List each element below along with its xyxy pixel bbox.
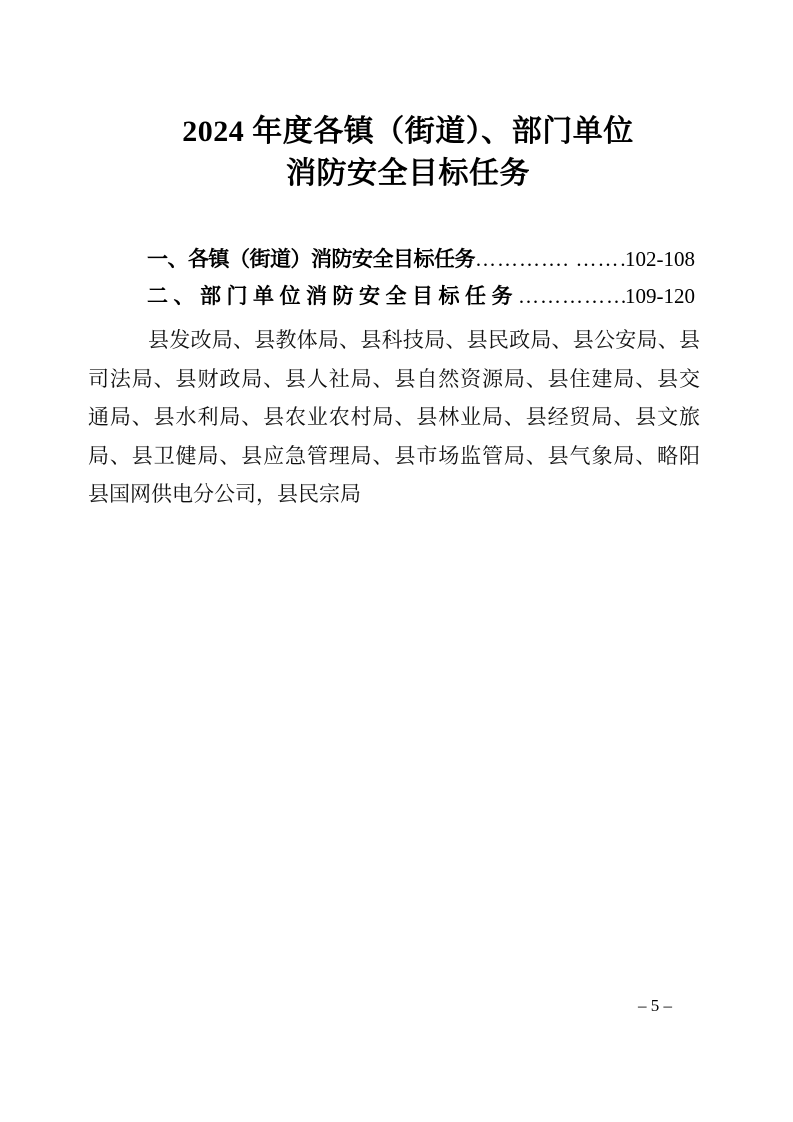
- toc-page-range: 102-108: [625, 246, 695, 272]
- paragraph-line-4: 局、县卫健局、县应急管理局、县市场监管局、县气象局、略阳: [88, 437, 700, 476]
- toc-dot-leader: ………………………: [518, 283, 625, 309]
- toc-item-towns-streets: 一、各镇（街道）消防安全目标任务 …………. ……… 102-108: [147, 246, 695, 272]
- paragraph-line-5: 县国网供电分公司，县民宗局: [88, 475, 700, 514]
- title-line-1: 2024 年度各镇（街道）、部门单位: [88, 111, 728, 153]
- toc-item-department-units: 二、部门单位消防安全目标任务 ……………………… 109-120: [147, 283, 695, 309]
- paragraph-line-1: 县发改局、县教体局、县科技局、县民政局、县公安局、县: [88, 321, 700, 360]
- department-list-paragraph: 县发改局、县教体局、县科技局、县民政局、县公安局、县 司法局、县财政局、县人社局…: [88, 321, 700, 514]
- toc-page-range: 109-120: [625, 283, 695, 309]
- document-title: 2024 年度各镇（街道）、部门单位 消防安全目标任务: [88, 111, 728, 195]
- toc-dot-leader: …………. ………: [475, 246, 625, 272]
- toc-item-label: 二、部门单位消防安全目标任务: [147, 284, 518, 310]
- paragraph-line-3: 通局、县水利局、县农业农村局、县林业局、县经贸局、县文旅: [88, 398, 700, 437]
- page-number: – 5 –: [600, 996, 710, 1016]
- title-line-2: 消防安全目标任务: [88, 153, 728, 195]
- toc-item-label: 一、各镇（街道）消防安全目标任务: [147, 247, 475, 273]
- document-page: 2024 年度各镇（街道）、部门单位 消防安全目标任务 一、各镇（街道）消防安全…: [0, 0, 793, 1122]
- paragraph-line-2: 司法局、县财政局、县人社局、县自然资源局、县住建局、县交: [88, 360, 700, 399]
